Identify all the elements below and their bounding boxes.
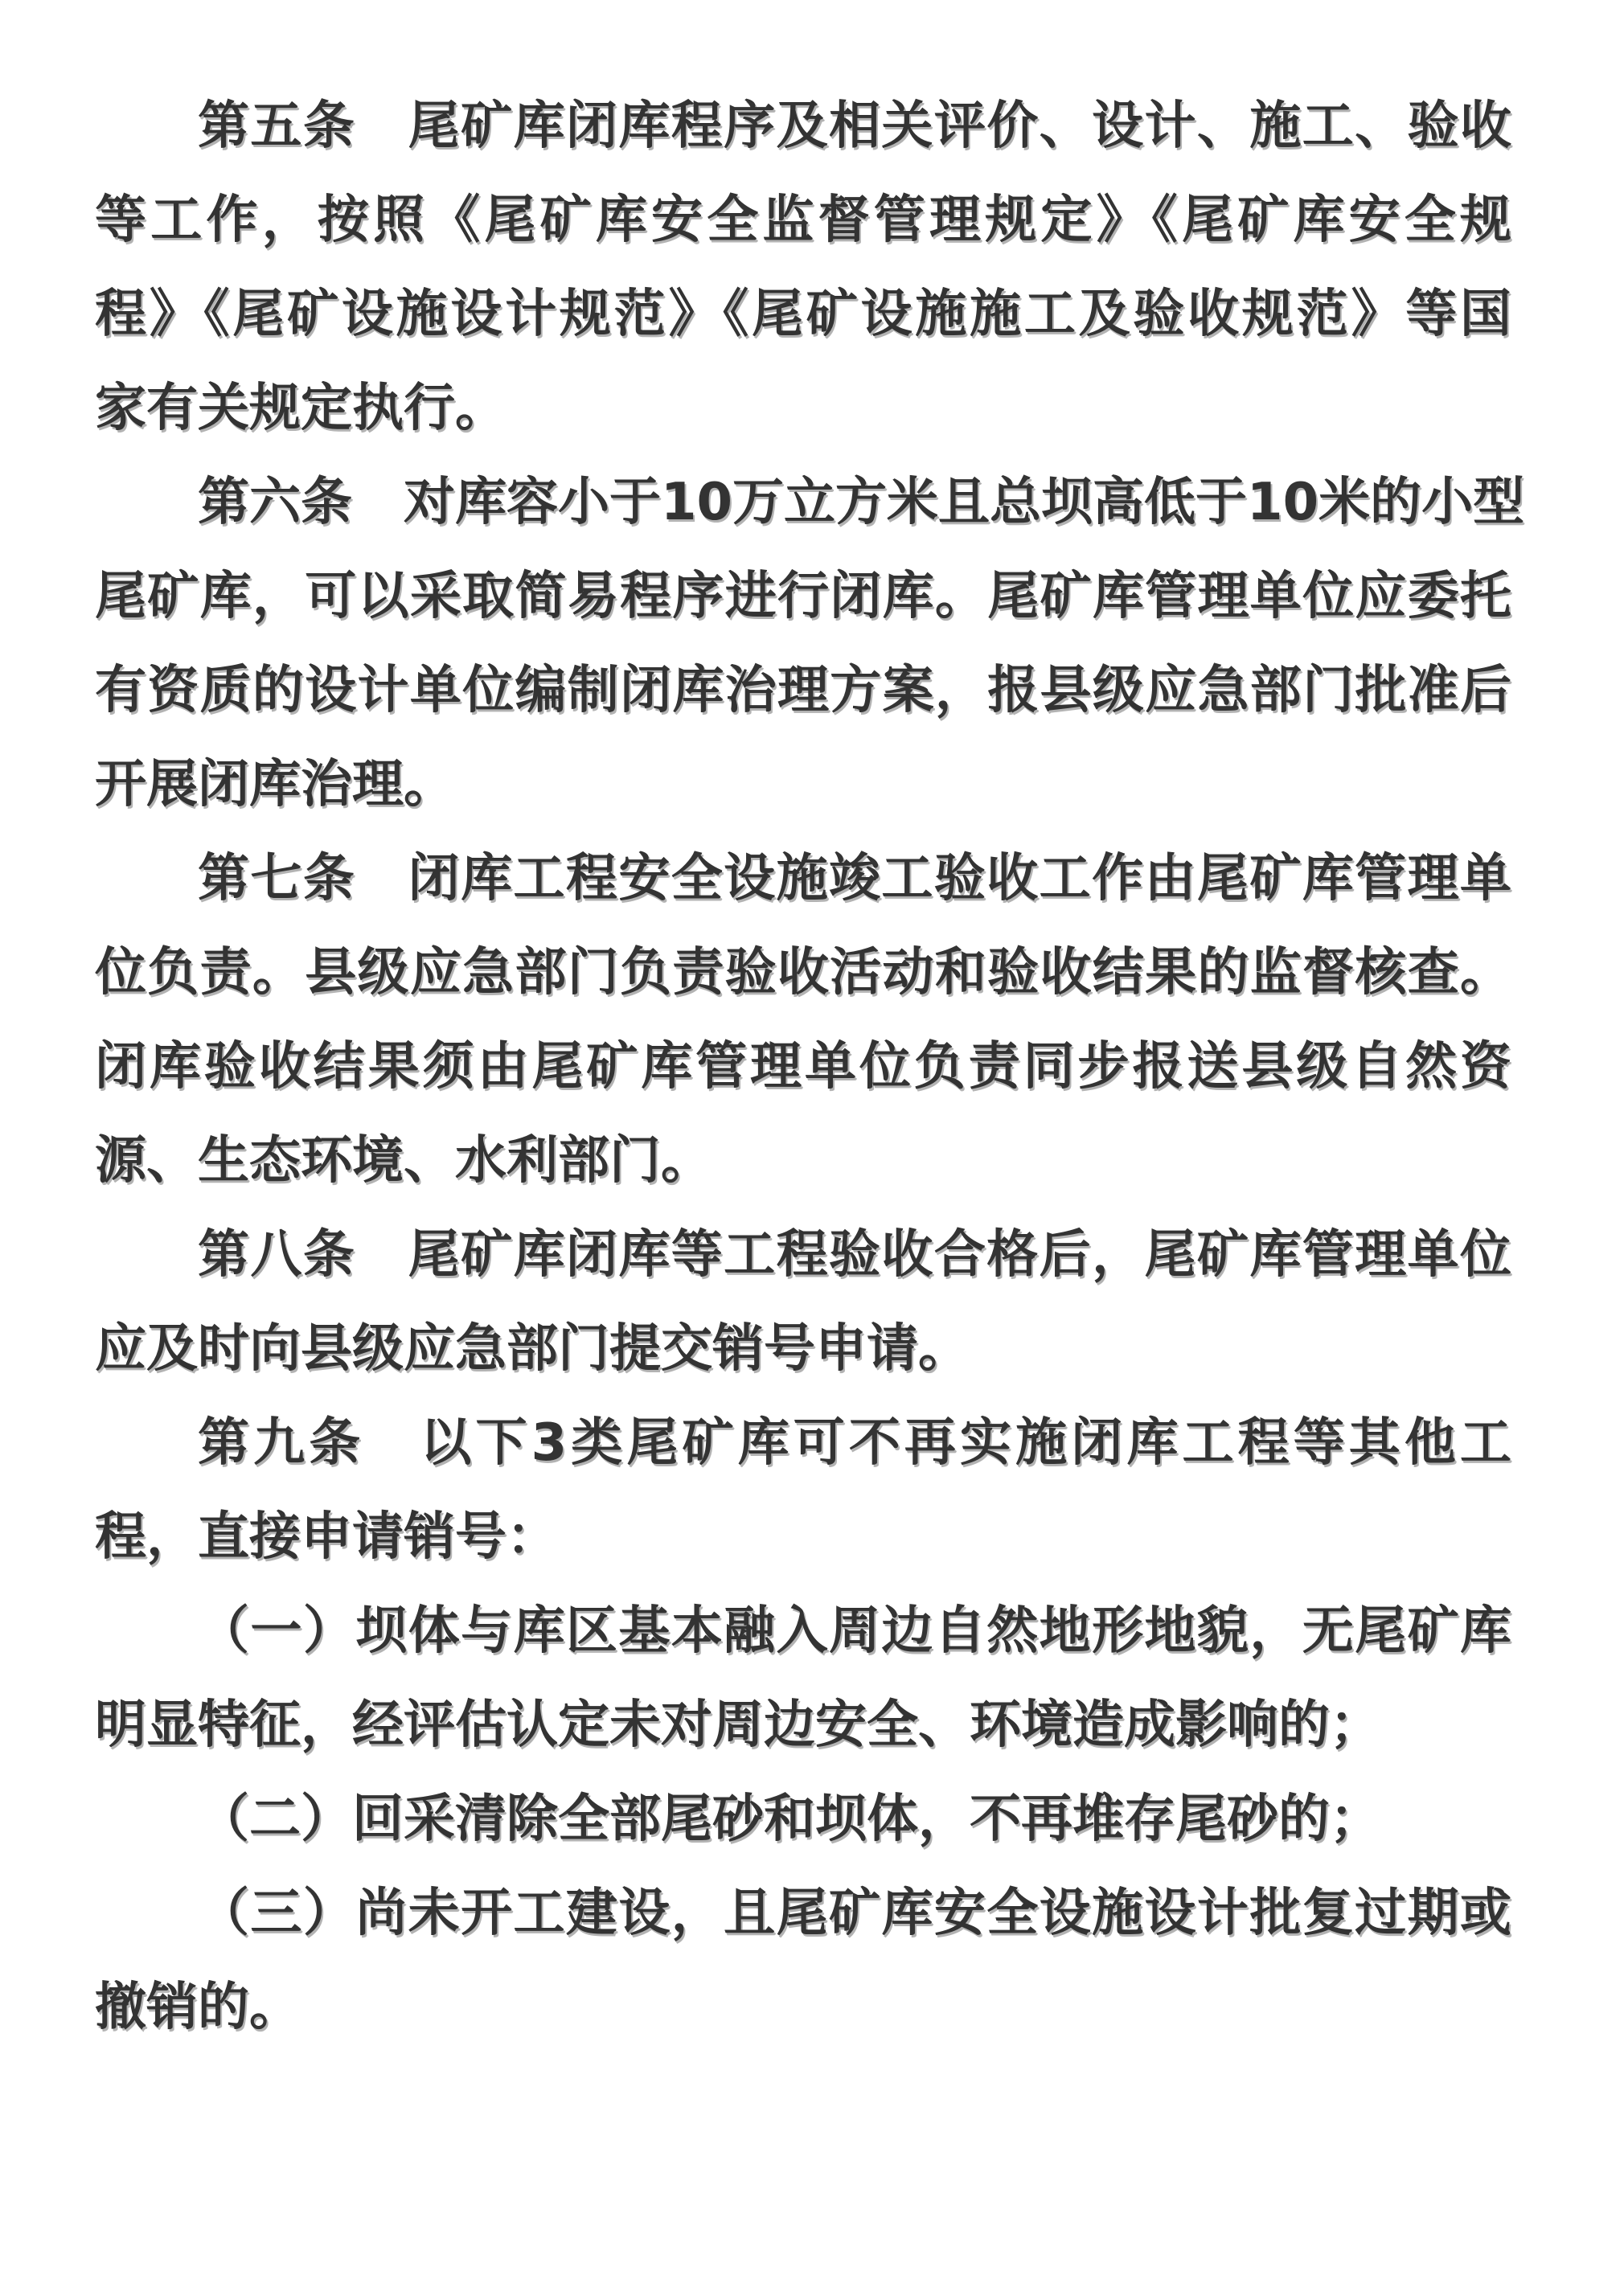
paragraph-article-9: 第九条 以下3类尾矿库可不再实施闭库工程等其他工 程，直接申请销号：: [95, 1396, 1511, 1585]
paragraph-article-8: 第八条 尾矿库闭库等工程验收合格后，尾矿库管理单位 应及时向县级应急部门提交销号…: [95, 1208, 1511, 1396]
paragraph-item-1: （一）坝体与库区基本融入周边自然地形地貌，无尾矿库 明显特征，经评估认定未对周边…: [95, 1585, 1511, 1773]
text-line: （三）尚未开工建设，且尾矿库安全设施设计批复过期或: [95, 1867, 1511, 1961]
text-line: 第九条 以下3类尾矿库可不再实施闭库工程等其他工: [95, 1396, 1511, 1490]
text-line: 位负责。县级应急部门负责验收活动和验收结果的监督核查。: [95, 926, 1511, 1020]
text-line: 撤销的。: [95, 1961, 1511, 2055]
text-line: 源、生态环境、水利部门。: [95, 1114, 1511, 1208]
text-line: 闭库验收结果须由尾矿库管理单位负责同步报送县级自然资: [95, 1020, 1511, 1114]
text-line: （二）回采清除全部尾砂和坝体，不再堆存尾砂的；: [95, 1773, 1511, 1867]
text-line: 尾矿库，可以采取简易程序进行闭库。尾矿库管理单位应委托: [95, 550, 1511, 644]
paragraph-item-3: （三）尚未开工建设，且尾矿库安全设施设计批复过期或 撤销的。: [95, 1867, 1511, 2055]
text-line: 第六条 对库容小于10万立方米且总坝高低于10米的小型: [95, 456, 1511, 550]
text-line: 开展闭库治理。: [95, 738, 1511, 832]
paragraph-article-6: 第六条 对库容小于10万立方米且总坝高低于10米的小型 尾矿库，可以采取简易程序…: [95, 456, 1511, 832]
text-line: （一）坝体与库区基本融入周边自然地形地貌，无尾矿库: [95, 1585, 1511, 1679]
text-line: 家有关规定执行。: [95, 362, 1511, 456]
text-line: 第五条 尾矿库闭库程序及相关评价、设计、施工、验收: [95, 80, 1511, 174]
paragraph-item-2: （二）回采清除全部尾砂和坝体，不再堆存尾砂的；: [95, 1773, 1511, 1867]
text-line: 明显特征，经评估认定未对周边安全、环境造成影响的；: [95, 1679, 1511, 1773]
text-line: 程，直接申请销号：: [95, 1490, 1511, 1585]
text-line: 有资质的设计单位编制闭库治理方案，报县级应急部门批准后: [95, 644, 1511, 738]
text-line: 等工作，按照《尾矿库安全监督管理规定》《尾矿库安全规: [95, 174, 1511, 268]
text-line: 第八条 尾矿库闭库等工程验收合格后，尾矿库管理单位: [95, 1208, 1511, 1302]
text-line: 第七条 闭库工程安全设施竣工验收工作由尾矿库管理单: [95, 832, 1511, 926]
document-page: 第五条 尾矿库闭库程序及相关评价、设计、施工、验收 等工作，按照《尾矿库安全监督…: [0, 0, 1624, 2296]
paragraph-article-5: 第五条 尾矿库闭库程序及相关评价、设计、施工、验收 等工作，按照《尾矿库安全监督…: [95, 80, 1511, 456]
paragraph-article-7: 第七条 闭库工程安全设施竣工验收工作由尾矿库管理单 位负责。县级应急部门负责验收…: [95, 832, 1511, 1208]
text-line: 应及时向县级应急部门提交销号申请。: [95, 1302, 1511, 1396]
text-line: 程》《尾矿设施设计规范》《尾矿设施施工及验收规范》等国: [95, 268, 1511, 362]
